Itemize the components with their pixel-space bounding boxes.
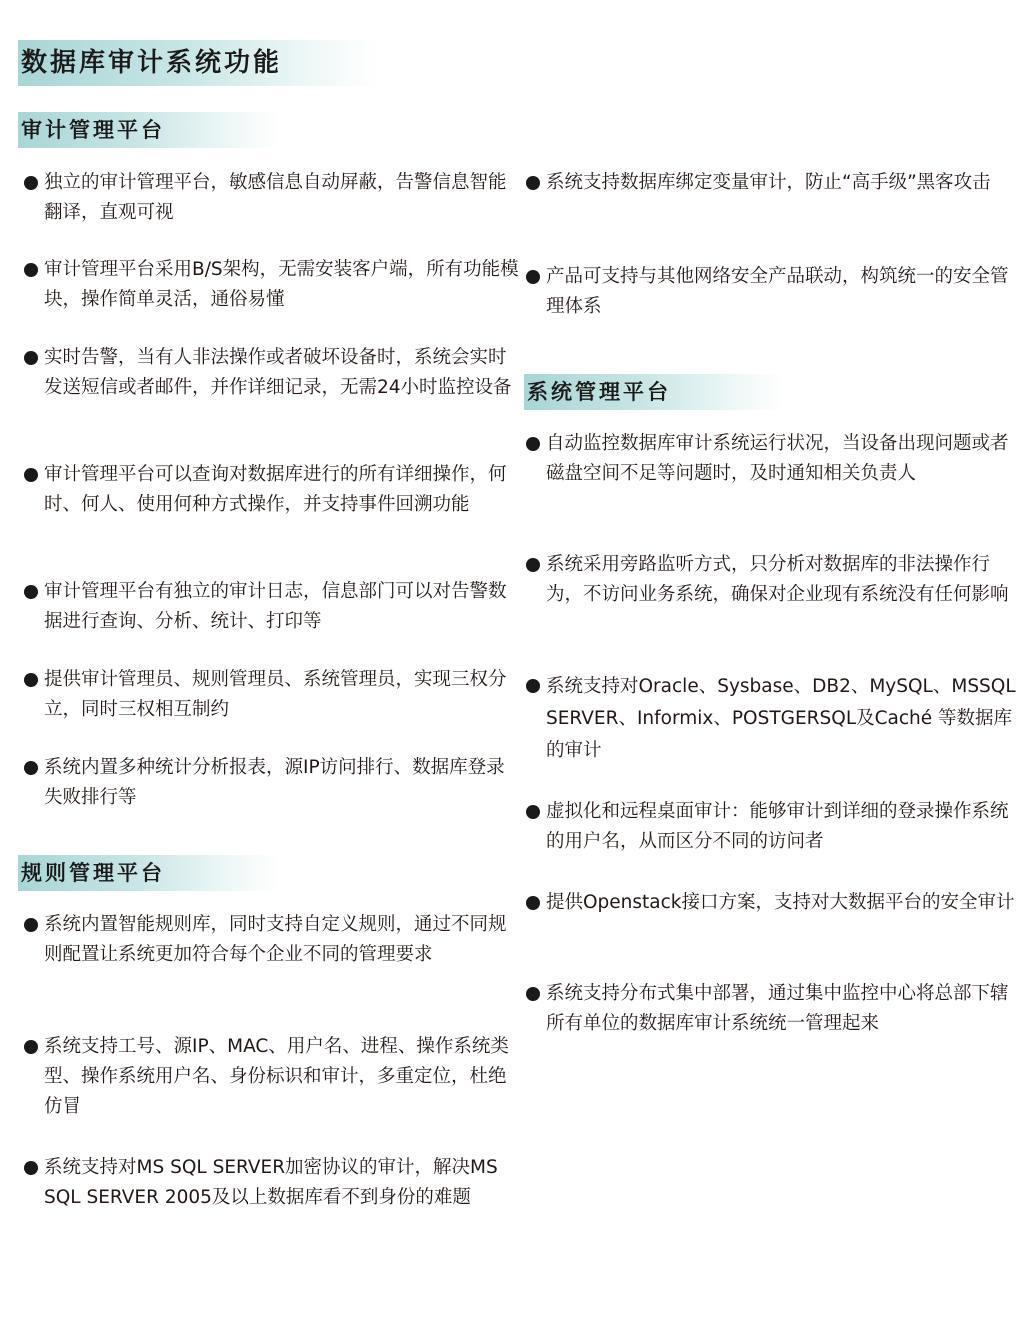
page-title: 数据库审计系统功能	[18, 40, 380, 86]
bullet-icon	[526, 270, 540, 284]
bullet-icon	[24, 673, 38, 687]
bullet-icon	[526, 896, 540, 910]
list-item: 系统支持对MS SQL SERVER加密协议的审计，解决MS SQL SERVE…	[21, 1153, 522, 1213]
list-item: 自动监控数据库审计系统运行状况，当设备出现问题或者磁盘空间不足等问题时，及时通知…	[523, 429, 1024, 489]
list-item: 系统内置多种统计分析报表，源IP访问排行、数据库登录失败排行等	[21, 753, 522, 813]
list-item: 独立的审计管理平台，敏感信息自动屏蔽，告警信息智能翻译，直观可视	[21, 168, 522, 228]
bullet-icon	[526, 805, 540, 819]
bullet-icon	[526, 437, 540, 451]
section-title-audit: 审计管理平台	[18, 112, 280, 148]
list-item: 虚拟化和远程桌面审计：能够审计到详细的登录操作系统的用户名，从而区分不同的访问者	[523, 797, 1024, 857]
list-item: 实时告警，当有人非法操作或者破坏设备时，系统会实时发送短信或者邮件，并作详细记录…	[21, 343, 522, 403]
bullet-icon	[24, 351, 38, 365]
list-item: 审计管理平台可以查询对数据库进行的所有详细操作，何时、何人、使用何种方式操作，并…	[21, 460, 522, 520]
bullet-icon	[24, 468, 38, 482]
bullet-icon	[24, 918, 38, 932]
bullet-icon	[526, 679, 540, 693]
list-item: 审计管理平台采用B/S架构，无需安装客户端，所有功能模块，操作简单灵活，通俗易懂	[21, 255, 522, 315]
bullet-icon	[24, 263, 38, 277]
list-item: 系统支持分布式集中部署，通过集中监控中心将总部下辖所有单位的数据库审计系统统一管…	[523, 979, 1024, 1039]
bullet-icon	[24, 1040, 38, 1054]
list-item: 产品可支持与其他网络安全产品联动，构筑统一的安全管理体系	[523, 262, 1024, 322]
bullet-icon	[24, 585, 38, 599]
bullet-icon	[526, 558, 540, 572]
list-item: 提供审计管理员、规则管理员、系统管理员，实现三权分立，同时三权相互制约	[21, 665, 522, 725]
bullet-icon	[24, 176, 38, 190]
list-item: 系统采用旁路监听方式，只分析对数据库的非法操作行为，不访问业务系统，确保对企业现…	[523, 550, 1024, 610]
list-item: 审计管理平台有独立的审计日志，信息部门可以对告警数据进行查询、分析、统计、打印等	[21, 577, 522, 637]
list-item: 系统内置智能规则库，同时支持自定义规则，通过不同规则配置让系统更加符合每个企业不…	[21, 910, 522, 970]
bullet-icon	[24, 761, 38, 775]
list-item: 系统支持数据库绑定变量审计，防止“高手级”黑客攻击	[523, 168, 1024, 198]
bullet-icon	[24, 1161, 38, 1175]
list-item: 系统支持工号、源IP、MAC、用户名、进程、操作系统类型、操作系统用户名、身份标…	[21, 1032, 522, 1122]
bullet-icon	[526, 176, 540, 190]
section-title-system: 系统管理平台	[524, 374, 786, 410]
list-item: 提供Openstack接口方案，支持对大数据平台的安全审计	[523, 888, 1024, 918]
list-item: 系统支持对Oracle、Sysbase、DB2、MySQL、MSSQL SERV…	[523, 671, 1024, 767]
section-title-rules: 规则管理平台	[18, 855, 280, 891]
bullet-icon	[526, 987, 540, 1001]
